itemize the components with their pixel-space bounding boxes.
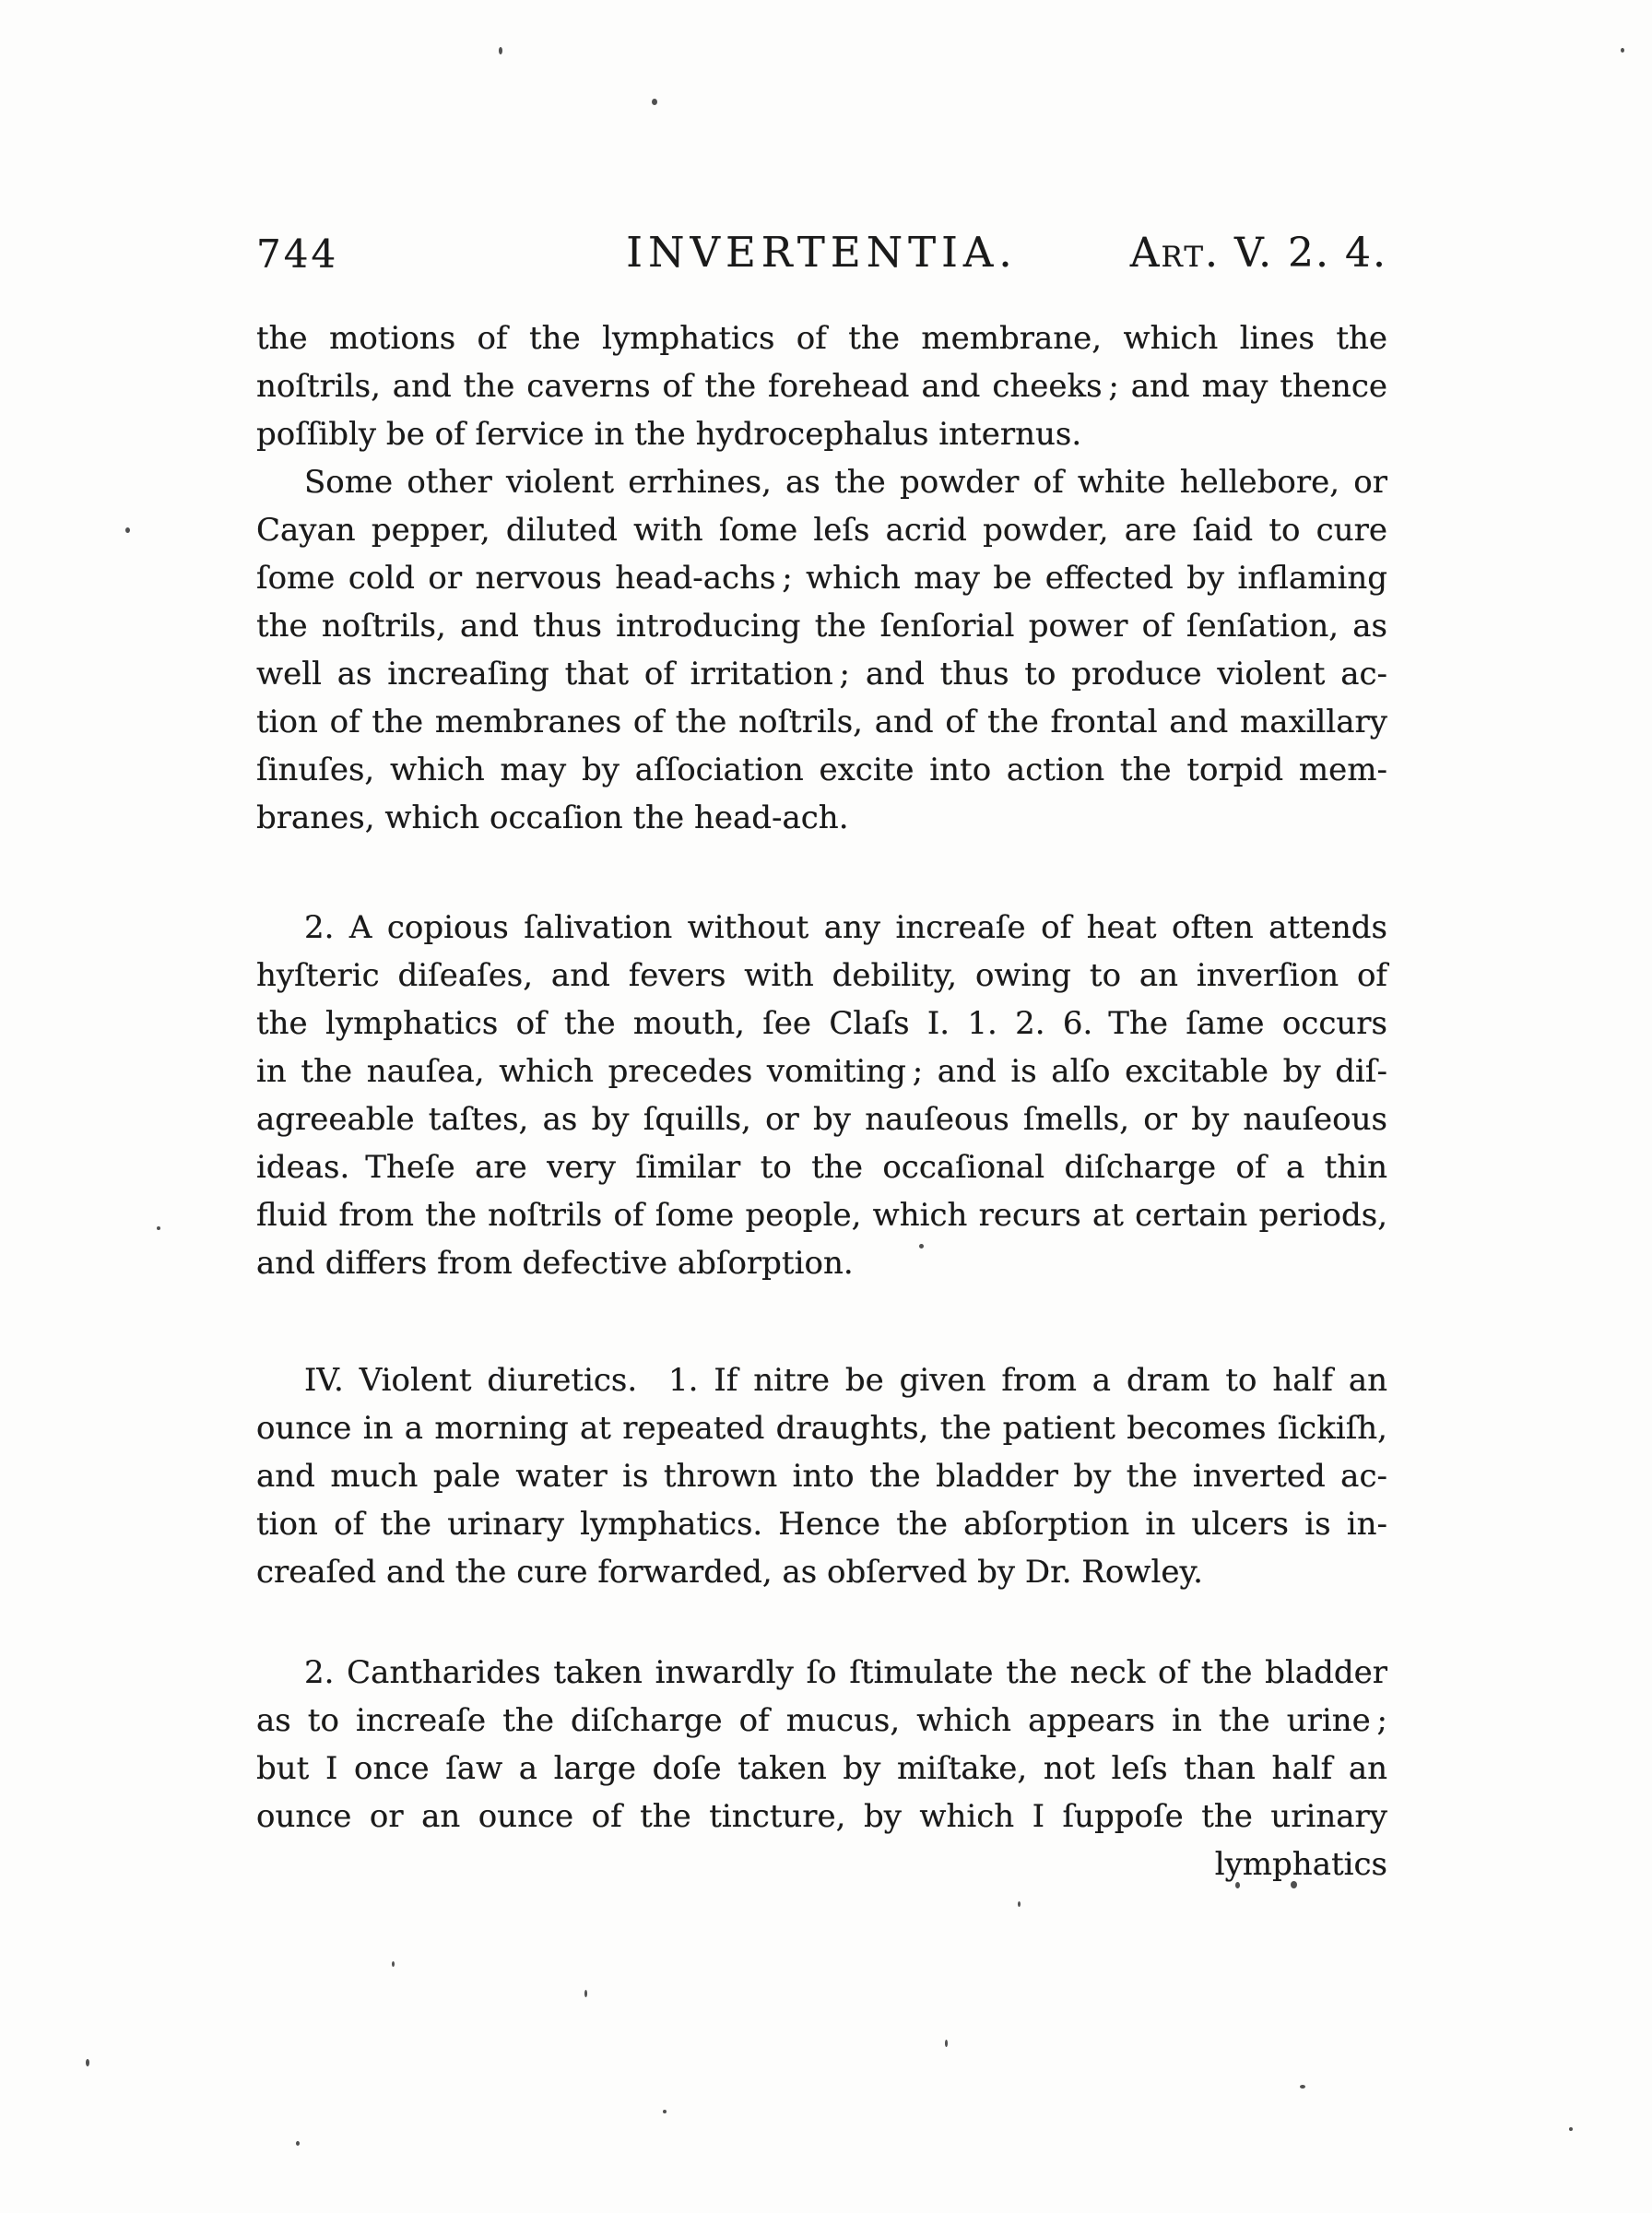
scan-speck: [584, 1990, 587, 1997]
text-line: the lymphatics of the mouth, ſee Claſs I…: [256, 1000, 1387, 1047]
text-line: hyſteric diſeaſes, and fevers with debil…: [256, 952, 1387, 1000]
paragraph-errhines: Some other violent errhines, as the powd…: [256, 458, 1387, 842]
text-line: but I once ſaw a large doſe taken by miſ…: [256, 1745, 1387, 1793]
text-line: creaſed and the cure forwarded, as obſer…: [256, 1548, 1387, 1596]
text-line: poſſibly be of ſervice in the hydrocepha…: [256, 410, 1387, 458]
scan-speck: [499, 47, 502, 54]
page-text: the motions of the lymphatics of the mem…: [256, 314, 1387, 1888]
text-line: ideas. Theſe are very ſimilar to the occ…: [256, 1143, 1387, 1191]
text-line: Some other violent errhines, as the powd…: [256, 458, 1387, 506]
text-line: and differs from defective abſorption.: [256, 1239, 1387, 1287]
scan-speck: [945, 2040, 948, 2047]
paragraph-salivation: 2. A copious ſalivation without any incr…: [256, 904, 1387, 1287]
text-line: noſtrils, and the caverns of the forehea…: [256, 362, 1387, 410]
paragraph-cantharides: 2. Cantharides taken inwardly ſo ſtimula…: [256, 1649, 1387, 1840]
text-line: and much pale water is thrown into the b…: [256, 1452, 1387, 1500]
running-head: 744 INVERTENTIA. Art. V. 2. 4.: [256, 228, 1387, 278]
scan-speck: [1018, 1901, 1021, 1907]
paragraph-diuretics: IV. Violent diuretics. 1. If nitre be gi…: [256, 1356, 1387, 1596]
text-line: the noſtrils, and thus introducing the ſ…: [256, 602, 1387, 650]
scan-speck: [392, 1961, 395, 1967]
page-number: 744: [256, 231, 338, 277]
text-line: ſome cold or nervous head-achs ; which m…: [256, 554, 1387, 602]
scan-speck: [296, 2141, 300, 2146]
text-line: Cayan pepper, diluted with ſome leſs acr…: [256, 506, 1387, 554]
text-line: ſinuſes, which may by aſſociation excite…: [256, 746, 1387, 794]
text-line: 2. A copious ſalivation without any incr…: [256, 904, 1387, 952]
scan-speck: [86, 2059, 89, 2066]
text-line: well as increaſing that of irritation ; …: [256, 650, 1387, 698]
text-line: the motions of the lymphatics of the mem…: [256, 314, 1387, 362]
scan-speck: [125, 527, 130, 533]
scan-speck: [919, 1244, 924, 1249]
text-line: 2. Cantharides taken inwardly ſo ſtimula…: [256, 1649, 1387, 1697]
scan-speck: [157, 1226, 160, 1230]
text-line: agreeable taſtes, as by ſquills, or by n…: [256, 1095, 1387, 1143]
text-line: IV. Violent diuretics. 1. If nitre be gi…: [256, 1356, 1387, 1404]
text-line: ounce in a morning at repeated draughts,…: [256, 1404, 1387, 1452]
text-line: branes, which occaſion the head-ach.: [256, 794, 1387, 842]
scan-speck: [1291, 1881, 1297, 1888]
catchword-row: lymphatics: [256, 1840, 1387, 1888]
scan-speck: [652, 99, 657, 105]
article-reference: Art. V. 2. 4.: [1130, 230, 1387, 277]
scan-speck: [1569, 2127, 1573, 2131]
text-line: tion of the membranes of the noſtrils, a…: [256, 698, 1387, 746]
text-line: as to increaſe the diſcharge of mucus, w…: [256, 1697, 1387, 1745]
scan-speck: [1621, 48, 1624, 53]
catchword: lymphatics: [1215, 1846, 1387, 1883]
running-title: INVERTENTIA.: [626, 228, 1017, 277]
scan-speck: [1300, 2085, 1305, 2089]
book-page-scan: 744 INVERTENTIA. Art. V. 2. 4. the motio…: [0, 0, 1652, 2213]
paragraph-continuation: the motions of the lymphatics of the mem…: [256, 314, 1387, 458]
text-line: tion of the urinary lymphatics. Hence th…: [256, 1500, 1387, 1548]
text-line: in the nauſea, which precedes vomiting ;…: [256, 1047, 1387, 1095]
text-line: ounce or an ounce of the tincture, by wh…: [256, 1793, 1387, 1840]
scan-speck: [1235, 1882, 1240, 1888]
scan-speck: [663, 2110, 667, 2113]
text-line: fluid from the noſtrils of ſome people, …: [256, 1191, 1387, 1239]
